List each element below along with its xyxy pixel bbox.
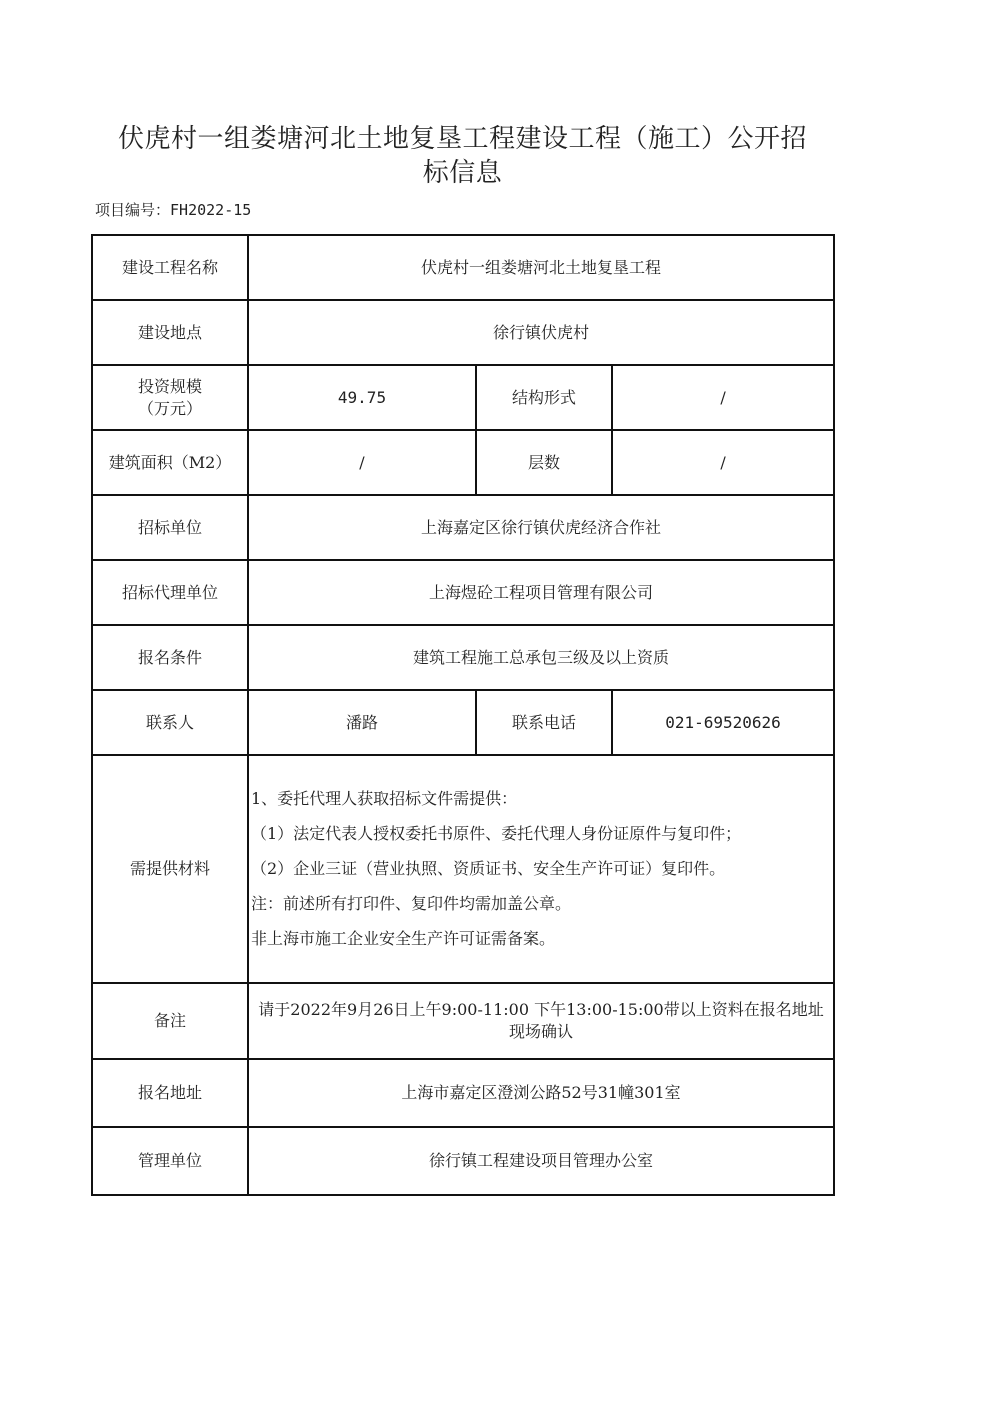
- title-line-2: 标信息: [90, 156, 835, 190]
- row-address: 报名地址 上海市嘉定区澄浏公路52号31幢301室: [92, 1059, 834, 1127]
- project-name-value: 伏虎村一组娄塘河北土地复垦工程: [248, 235, 834, 300]
- floors-value: /: [612, 430, 834, 495]
- remark-value: 请于2022年9月26日上午9:00-11:00 下午13:00-15:00带以…: [248, 983, 834, 1059]
- location-value: 徐行镇伏虎村: [248, 300, 834, 365]
- agent-value: 上海煜砼工程项目管理有限公司: [248, 560, 834, 625]
- materials-label: 需提供材料: [92, 755, 248, 983]
- address-value: 上海市嘉定区澄浏公路52号31幢301室: [248, 1059, 834, 1127]
- materials-line: 非上海市施工企业安全生产许可证需备案。: [251, 928, 831, 950]
- investment-label-line2: （万元）: [97, 398, 243, 420]
- investment-label: 投资规模 （万元）: [92, 365, 248, 430]
- tenderer-value: 上海嘉定区徐行镇伏虎经济合作社: [248, 495, 834, 560]
- location-label: 建设地点: [92, 300, 248, 365]
- contact-value: 潘路: [248, 690, 476, 755]
- phone-label: 联系电话: [476, 690, 612, 755]
- row-agent: 招标代理单位 上海煜砼工程项目管理有限公司: [92, 560, 834, 625]
- row-location: 建设地点 徐行镇伏虎村: [92, 300, 834, 365]
- project-number: 项目编号：FH2022-15: [95, 200, 251, 220]
- phone-value: 021-69520626: [612, 690, 834, 755]
- title-line-1: 伏虎村一组娄塘河北土地复垦工程建设工程（施工）公开招: [90, 122, 835, 156]
- project-number-value: FH2022-15: [170, 201, 251, 219]
- row-tenderer: 招标单位 上海嘉定区徐行镇伏虎经济合作社: [92, 495, 834, 560]
- row-area: 建筑面积（M2） / 层数 /: [92, 430, 834, 495]
- row-management: 管理单位 徐行镇工程建设项目管理办公室: [92, 1127, 834, 1195]
- materials-line: 注：前述所有打印件、复印件均需加盖公章。: [251, 893, 831, 915]
- materials-value: 1、委托代理人获取招标文件需提供： （1）法定代表人授权委托书原件、委托代理人身…: [248, 755, 834, 983]
- row-requirements: 报名条件 建筑工程施工总承包三级及以上资质: [92, 625, 834, 690]
- investment-label-line1: 投资规模: [97, 376, 243, 398]
- management-label: 管理单位: [92, 1127, 248, 1195]
- management-value: 徐行镇工程建设项目管理办公室: [248, 1127, 834, 1195]
- agent-label: 招标代理单位: [92, 560, 248, 625]
- requirements-value: 建筑工程施工总承包三级及以上资质: [248, 625, 834, 690]
- row-contact: 联系人 潘路 联系电话 021-69520626: [92, 690, 834, 755]
- project-name-label: 建设工程名称: [92, 235, 248, 300]
- floors-label: 层数: [476, 430, 612, 495]
- remark-label: 备注: [92, 983, 248, 1059]
- area-value: /: [248, 430, 476, 495]
- document-title: 伏虎村一组娄塘河北土地复垦工程建设工程（施工）公开招 标信息: [90, 122, 835, 190]
- structure-value: /: [612, 365, 834, 430]
- materials-line: 1、委托代理人获取招标文件需提供：: [251, 788, 831, 810]
- area-label: 建筑面积（M2）: [92, 430, 248, 495]
- contact-label: 联系人: [92, 690, 248, 755]
- investment-value: 49.75: [248, 365, 476, 430]
- tenderer-label: 招标单位: [92, 495, 248, 560]
- requirements-label: 报名条件: [92, 625, 248, 690]
- materials-line: （1）法定代表人授权委托书原件、委托代理人身份证原件与复印件；: [251, 823, 831, 845]
- row-remark: 备注 请于2022年9月26日上午9:00-11:00 下午13:00-15:0…: [92, 983, 834, 1059]
- row-investment: 投资规模 （万元） 49.75 结构形式 /: [92, 365, 834, 430]
- address-label: 报名地址: [92, 1059, 248, 1127]
- project-number-label: 项目编号：: [95, 201, 170, 219]
- structure-label: 结构形式: [476, 365, 612, 430]
- row-project-name: 建设工程名称 伏虎村一组娄塘河北土地复垦工程: [92, 235, 834, 300]
- tender-info-table: 建设工程名称 伏虎村一组娄塘河北土地复垦工程 建设地点 徐行镇伏虎村 投资规模 …: [91, 234, 835, 1196]
- materials-line: （2）企业三证（营业执照、资质证书、安全生产许可证）复印件。: [251, 858, 831, 880]
- row-materials: 需提供材料 1、委托代理人获取招标文件需提供： （1）法定代表人授权委托书原件、…: [92, 755, 834, 983]
